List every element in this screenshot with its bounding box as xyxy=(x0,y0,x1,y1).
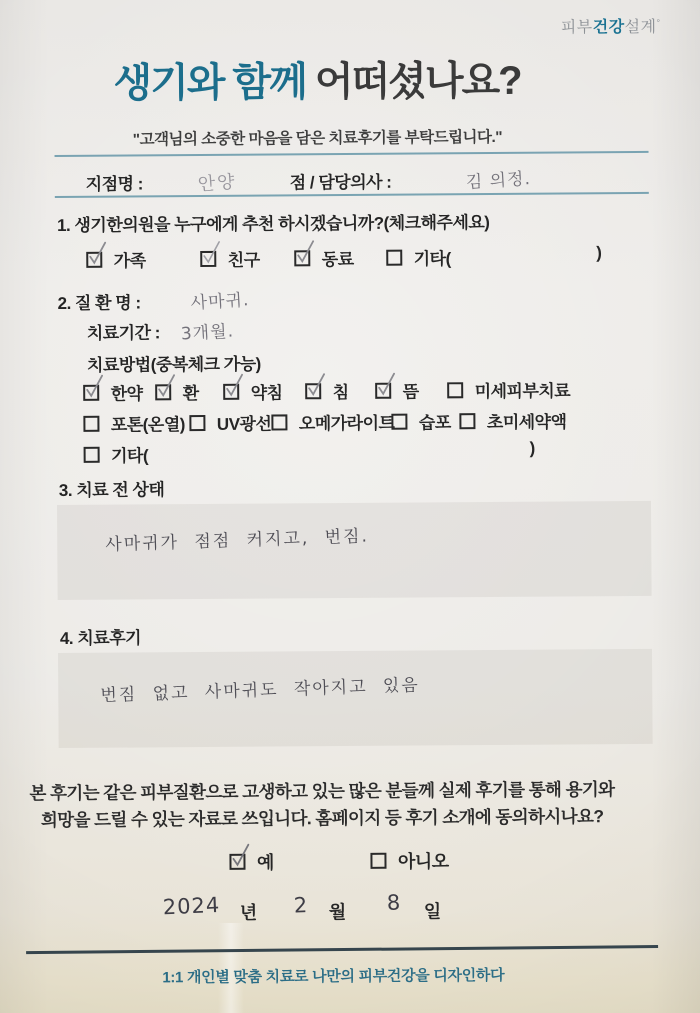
consent-line2: 희망을 드릴 수 있는 자료로 쓰입니다. 홈페이지 등 후기 소개에 동의하시… xyxy=(22,803,622,834)
checkbox-consent-yes[interactable] xyxy=(229,854,245,870)
checkbox-micro-skin[interactable] xyxy=(447,382,463,398)
method-pharmaco-label: 약침 xyxy=(251,383,283,402)
q1-option-friend-label: 친구 xyxy=(228,251,260,270)
q4-answer-box[interactable]: 번짐 없고 사마귀도 작아지고 있음 xyxy=(58,649,653,748)
consent-line1: 본 후기는 같은 피부질환으로 고생하고 있는 많은 분들께 실제 후기를 통해… xyxy=(22,776,622,807)
checkbox-ultra-fine[interactable] xyxy=(459,413,475,429)
checkbox-friend[interactable] xyxy=(200,251,216,267)
page-title-rest: 어떠셨나요? xyxy=(306,59,521,104)
method-other[interactable]: 기타( xyxy=(84,441,149,466)
method-moxibustion[interactable]: 뜸 xyxy=(375,378,419,403)
method-micro-skin-label: 미세피부치료 xyxy=(475,381,571,401)
date-month-value[interactable]: 2 xyxy=(293,893,308,918)
method-omega-light[interactable]: 오메가라이트 xyxy=(271,409,394,435)
q1-option-other[interactable]: 기타( xyxy=(386,244,451,269)
logo-suffix: 설계 xyxy=(625,19,657,36)
method-micro-skin[interactable]: 미세피부치료 xyxy=(447,376,570,402)
checkbox-moxibustion[interactable] xyxy=(375,383,391,399)
checkbox-method-other[interactable] xyxy=(84,447,100,463)
date-day-label: 일 xyxy=(424,897,441,923)
method-acupuncture-label: 침 xyxy=(333,383,349,402)
consent-yes-option[interactable]: 예 xyxy=(229,849,274,875)
q1-option-other-label: 기타( xyxy=(414,249,451,268)
period-value[interactable]: 3개월. xyxy=(180,316,234,344)
method-uv[interactable]: UV광선 xyxy=(189,410,271,436)
page-subtitle: "고객님의 소중한 마음을 담은 치료후기를 부탁드립니다." xyxy=(7,124,627,150)
checkbox-coworker[interactable] xyxy=(294,250,310,266)
footer-slogan: 1:1 개인별 맞춤 치료로 나만의 피부건강을 디자인하다 xyxy=(33,963,633,988)
q1-option-coworker[interactable]: 동료 xyxy=(294,245,353,270)
q3-answer-text: 사마귀가 점점 커지고, 번짐. xyxy=(105,521,369,555)
q3-answer-box[interactable]: 사마귀가 점점 커지고, 번짐. xyxy=(57,501,652,600)
disease-value[interactable]: 사마귀. xyxy=(190,285,250,313)
review-form-page: 피부건강설계° 생기와 함께 어떠셨나요? "고객님의 소중한 마음을 담은 치… xyxy=(0,0,700,1013)
method-ultra-fine[interactable]: 초미세약액 xyxy=(459,407,566,433)
doctor-value[interactable]: 김 의정. xyxy=(465,164,531,193)
method-uv-label: UV광선 xyxy=(217,415,272,434)
consent-yes-label: 예 xyxy=(257,853,274,873)
logo-prefix: 피부 xyxy=(561,19,593,36)
logo-mark: ° xyxy=(656,17,660,27)
page-title-accent: 생기와 함께 xyxy=(113,60,306,105)
method-ultra-fine-label: 초미세약액 xyxy=(487,412,567,432)
date-year-label: 년 xyxy=(240,899,257,925)
checkbox-family[interactable] xyxy=(86,252,102,268)
method-photon[interactable]: 포톤(온열) xyxy=(83,410,185,436)
q1-option-coworker-label: 동료 xyxy=(322,250,354,269)
checkbox-pill[interactable] xyxy=(155,384,171,400)
method-pill-label: 환 xyxy=(183,384,199,403)
q1-paren-close: ) xyxy=(596,243,601,263)
method-wet-pack[interactable]: 습포 xyxy=(391,408,450,433)
method-pharmaco[interactable]: 약침 xyxy=(223,378,282,403)
method-wet-pack-label: 습포 xyxy=(419,413,451,432)
branch-name-label: 지점명 : xyxy=(86,169,143,194)
q4-heading: 4. 치료후기 xyxy=(60,623,141,649)
brand-logo: 피부건강설계° xyxy=(561,14,661,38)
checkbox-uv[interactable] xyxy=(189,415,205,431)
method-herbal-label: 한약 xyxy=(111,384,143,403)
q3-heading: 3. 치료 전 상태 xyxy=(59,475,165,501)
disease-label: 2. 질 환 명 : xyxy=(57,288,140,314)
method-other-label: 기타( xyxy=(111,446,148,465)
logo-accent: 건강 xyxy=(593,19,625,36)
consent-no-label: 아니오 xyxy=(398,851,449,871)
checkbox-other[interactable] xyxy=(386,250,402,266)
checkbox-photon[interactable] xyxy=(83,416,99,432)
method-paren-close: ) xyxy=(530,439,535,459)
date-month-label: 월 xyxy=(329,898,346,924)
checkbox-herbal[interactable] xyxy=(83,385,99,401)
checkbox-consent-no[interactable] xyxy=(370,853,386,869)
doctor-label: 점 / 담당의사 : xyxy=(290,168,392,194)
checkbox-pharmaco[interactable] xyxy=(223,384,239,400)
footer-divider xyxy=(26,945,658,954)
method-herbal[interactable]: 한약 xyxy=(83,379,142,404)
branch-name-value[interactable]: 안양 xyxy=(197,167,238,196)
checkbox-wet-pack[interactable] xyxy=(391,414,407,430)
q4-answer-text: 번짐 없고 사마귀도 작아지고 있음 xyxy=(100,670,420,706)
consent-no-option[interactable]: 아니오 xyxy=(370,847,448,874)
method-moxibustion-label: 뜸 xyxy=(403,383,419,402)
page-title: 생기와 함께 어떠셨나요? xyxy=(7,48,627,109)
divider-top xyxy=(55,151,649,157)
date-day-value[interactable]: 8 xyxy=(386,890,401,915)
method-acupuncture[interactable]: 침 xyxy=(305,378,349,403)
q1-option-family-label: 가족 xyxy=(114,251,146,270)
consent-text: 본 후기는 같은 피부질환으로 고생하고 있는 많은 분들께 실제 후기를 통해… xyxy=(22,776,622,834)
q1-option-friend[interactable]: 친구 xyxy=(200,246,259,271)
q1-heading: 1. 생기한의원을 누구에게 추천 하시겠습니까?(체크해주세요) xyxy=(57,208,490,236)
q1-option-family[interactable]: 가족 xyxy=(86,246,145,271)
method-photon-label: 포톤(온열) xyxy=(111,415,185,435)
checkbox-omega-light[interactable] xyxy=(271,414,287,430)
checkbox-acupuncture[interactable] xyxy=(305,383,321,399)
method-pill[interactable]: 환 xyxy=(155,379,199,404)
date-year-value[interactable]: 2024 xyxy=(162,893,220,919)
method-omega-light-label: 오메가라이트 xyxy=(299,414,395,434)
period-label: 치료기간 : xyxy=(87,318,160,344)
